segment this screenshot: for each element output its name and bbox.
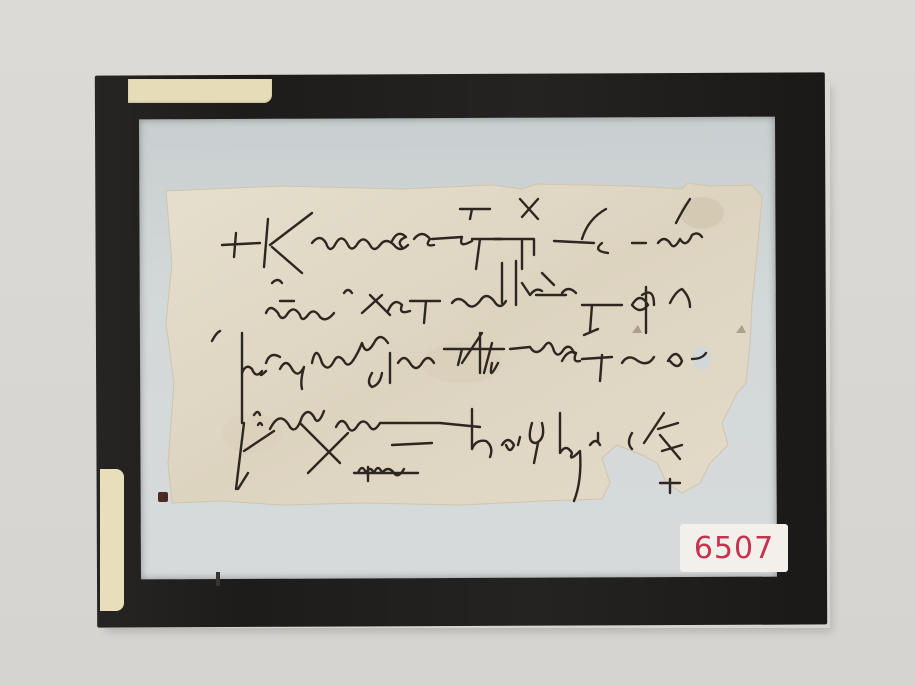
top-paper-tab [128,79,272,103]
frame-nick [216,572,220,586]
photo-scene: 6507 [0,0,915,686]
inventory-label: 6507 [680,524,788,572]
dark-stain [158,492,168,502]
papyrus-fragment [162,183,768,513]
inventory-number: 6507 [694,531,774,566]
left-paper-tab [100,469,124,611]
